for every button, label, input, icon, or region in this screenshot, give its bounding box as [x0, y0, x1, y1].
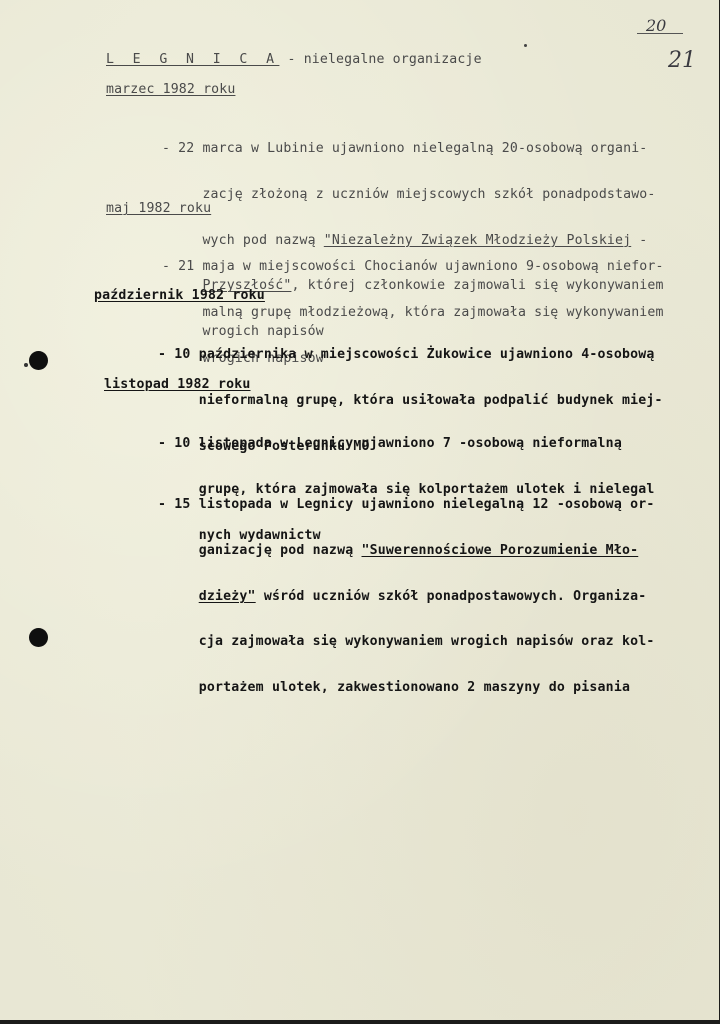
entry-line: - 10 października w miejscowości Żukowic…: [158, 347, 663, 362]
ink-dot: [524, 44, 527, 47]
organization-name-cont: dzieży": [199, 589, 256, 604]
organization-name: "Suwerennościowe Porozumienie Mło-: [362, 543, 639, 558]
entry-line: cja zajmowała się wykonywaniem wrogich n…: [158, 634, 655, 649]
document-heading: L E G N I C A - nielegalne organizacje: [106, 52, 482, 67]
punch-hole: [29, 628, 48, 647]
entry-line: - 10 listopada w Legnicy ujawniono 7 -os…: [158, 436, 655, 451]
entry-line: portażem ulotek, zakwestionowano 2 maszy…: [158, 680, 655, 695]
heading-subtitle: - nielegalne organizacje: [279, 52, 481, 67]
ink-speck: [24, 363, 28, 367]
entry-line: dzieży" wśród uczniów szkół ponadpostawo…: [158, 589, 655, 604]
document-page: 20 21 L E G N I C A - nielegalne organiz…: [0, 0, 719, 1020]
entry-line: zację złożoną z uczniów miejscowych szkó…: [162, 187, 664, 202]
entry-line: - 22 marca w Lubinie ujawniono nielegaln…: [162, 141, 664, 156]
section-heading-march: marzec 1982 roku: [106, 82, 235, 97]
strike-line: [637, 33, 683, 34]
entry-line: ganizację pod nazwą "Suwerennościowe Por…: [158, 543, 655, 558]
section-heading-october: październik 1982 roku: [94, 288, 265, 303]
section-heading-may: maj 1982 roku: [106, 201, 211, 216]
entry-november-15: - 15 listopada w Legnicy ujawniono niele…: [158, 467, 655, 725]
heading-city: L E G N I C A: [106, 52, 279, 67]
entry-line: - 15 listopada w Legnicy ujawniono niele…: [158, 497, 655, 512]
entry-line: - 21 maja w miejscowości Chocianów ujawn…: [162, 259, 664, 274]
section-heading-november: listopad 1982 roku: [104, 377, 251, 392]
page-number: 21: [668, 48, 696, 73]
punch-hole: [29, 351, 48, 370]
